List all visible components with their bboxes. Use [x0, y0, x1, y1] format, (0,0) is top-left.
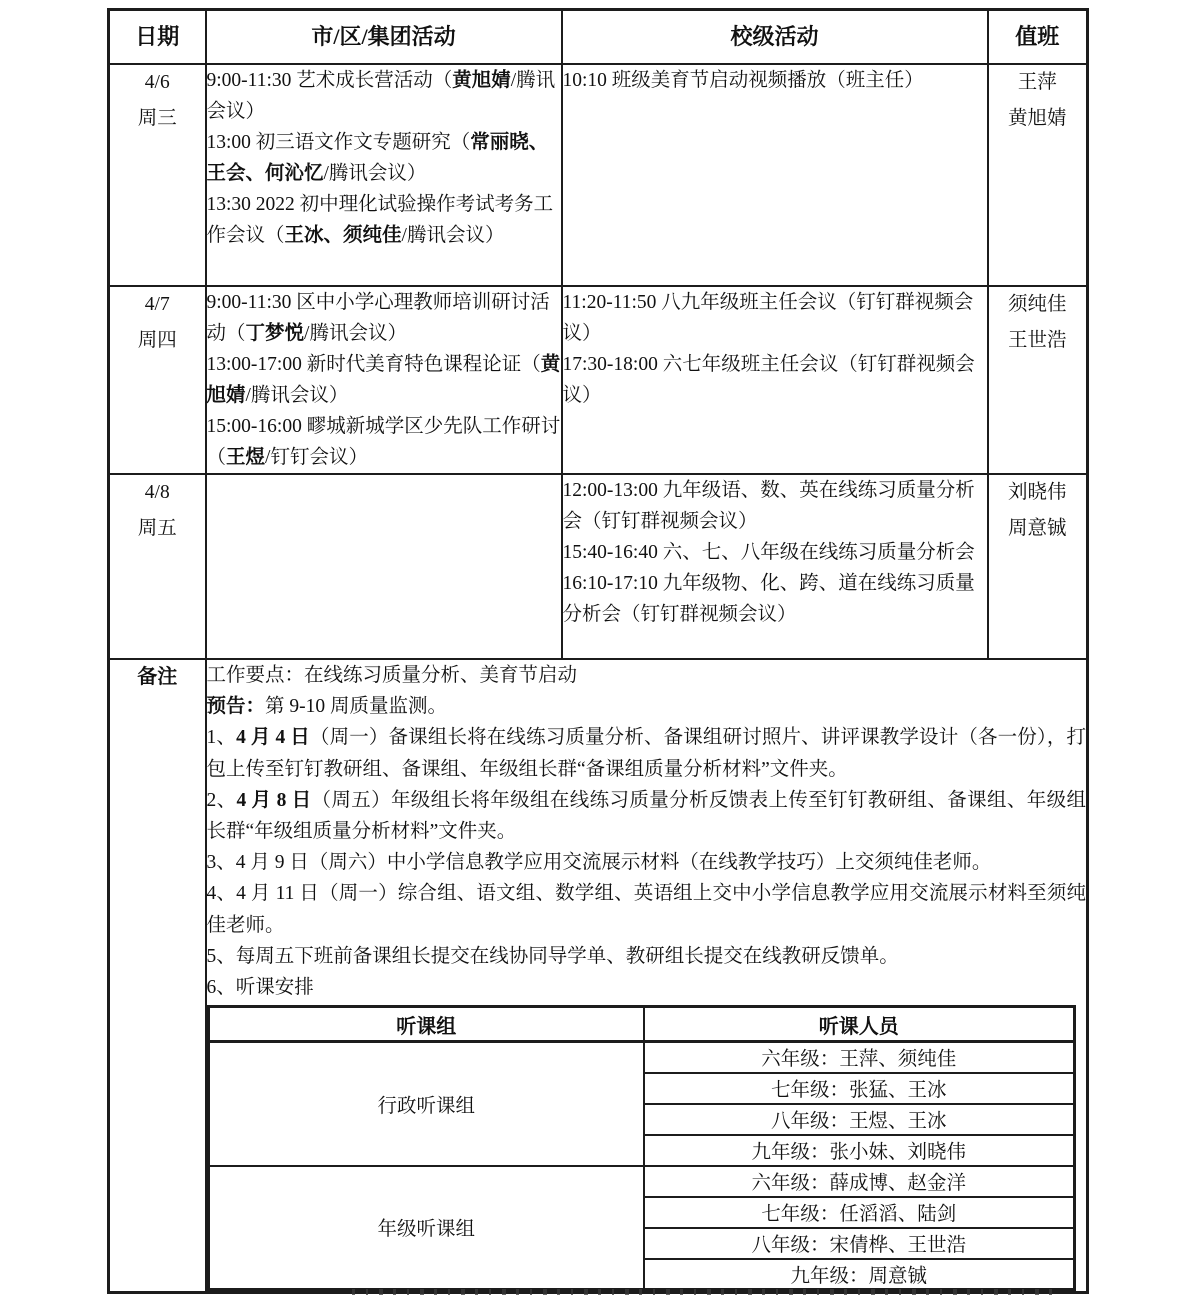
text: 6、听课安排: [207, 977, 314, 998]
text-line: 工作要点：在线练习质量分析、美育节启动: [207, 660, 1087, 691]
text: （周一）备课组长将在线练习质量分析、备课组研讨照片、讲评课教学设计（各一份），打…: [207, 727, 1086, 779]
bold-text: 预告：: [207, 696, 266, 717]
duty-person: 王世浩: [989, 323, 1087, 359]
text: /腾讯会议）: [402, 225, 505, 246]
date-cell: 4/8 周五: [109, 474, 206, 659]
text: /腾讯会议）: [324, 163, 427, 184]
header-city-activities: 市/区/集团活动: [206, 10, 562, 65]
observation-members: 七年级：张猛、王冰: [644, 1073, 1074, 1104]
text-line: 1、4 月 4 日（周一）备课组长将在线练习质量分析、备课组研讨照片、讲评课教学…: [207, 722, 1087, 784]
observation-members: 九年级：周意铖: [644, 1259, 1074, 1290]
text: 第 9-10 周质量监测。: [265, 696, 447, 717]
date-value: 4/8: [110, 475, 205, 511]
text-line: 2、4 月 8 日（周五）年级组长将年级组在线练习质量分析反馈表上传至钉钉教研组…: [207, 785, 1087, 847]
text-line: 13:30 2022 初中理化试验操作考试考务工作会议（王冰、须纯佳/腾讯会议）: [207, 189, 561, 251]
text: /腾讯会议）: [246, 385, 349, 406]
weekday-value: 周五: [110, 511, 205, 547]
duty-person: 须纯佳: [989, 287, 1087, 323]
notes-row: 备注 工作要点：在线练习质量分析、美育节启动预告：第 9-10 周质量监测。1、…: [109, 659, 1088, 1293]
text: 16:10-17:10 九年级物、化、跨、道在线练习质量分析会（钉钉群视频会议）: [563, 573, 975, 625]
duty-person: 王萍: [989, 65, 1087, 101]
table-row-apr8: 4/8 周五 12:00-13:00 九年级语、数、英在线练习质量分析会（钉钉群…: [109, 474, 1088, 659]
text-line: 9:00-11:30 区中小学心理教师培训研讨活动（丁梦悦/腾讯会议）: [207, 287, 561, 349]
table-header-row: 日期 市/区/集团活动 校级活动 值班: [109, 10, 1088, 65]
text: 3、4 月 9 日（周六）中小学信息教学应用交流展示材料（在线教学技巧）上交须纯…: [207, 852, 992, 873]
table-row-apr6: 4/6 周三 9:00-11:30 艺术成长营活动（黄旭婧/腾讯会议）13:00…: [109, 64, 1088, 286]
observation-members: 八年级：王煜、王冰: [644, 1104, 1074, 1135]
table-row-apr7: 4/7 周四 9:00-11:30 区中小学心理教师培训研讨活动（丁梦悦/腾讯会…: [109, 286, 1088, 474]
weekday-value: 周四: [110, 323, 205, 359]
date-value: 4/6: [110, 65, 205, 101]
text: 工作要点：在线练习质量分析、美育节启动: [207, 665, 578, 686]
text-line: 17:30-18:00 六七年级班主任会议（钉钉群视频会议）: [563, 349, 987, 411]
school-activities-cell: 12:00-13:00 九年级语、数、英在线练习质量分析会（钉钉群视频会议）15…: [562, 474, 988, 659]
bold-text: 王煜: [226, 447, 265, 468]
date-cell: 4/7 周四: [109, 286, 206, 474]
city-activities-cell: [206, 474, 562, 659]
text: 10:10 班级美育节启动视频播放（班主任）: [563, 70, 924, 91]
text: 15:40-16:40 六、七、八年级在线练习质量分析会: [563, 542, 975, 563]
text-line: 预告：第 9-10 周质量监测。: [207, 691, 1087, 722]
weekday-value: 周三: [110, 101, 205, 137]
text: 12:00-13:00 九年级语、数、英在线练习质量分析会（钉钉群视频会议）: [563, 480, 975, 532]
text-line: 11:20-11:50 八九年级班主任会议（钉钉群视频会议）: [563, 287, 987, 349]
text: 17:30-18:00 六七年级班主任会议（钉钉群视频会议）: [563, 354, 975, 406]
notes-paragraphs: 工作要点：在线练习质量分析、美育节启动预告：第 9-10 周质量监测。1、4 月…: [207, 660, 1087, 1003]
bold-text: 丁梦悦: [246, 323, 305, 344]
observation-row: 年级听课组 六年级：薛成博、赵金洋: [208, 1166, 1074, 1197]
duty-cell: 须纯佳 王世浩: [988, 286, 1088, 474]
observation-group-name: 行政听课组: [208, 1042, 644, 1166]
text: 5、每周五下班前备课组长提交在线协同导学单、教研组长提交在线教研反馈单。: [207, 946, 899, 967]
duty-person: 黄旭婧: [989, 101, 1087, 137]
duty-cell: 刘晓伟 周意铖: [988, 474, 1088, 659]
text: 9:00-11:30 艺术成长营活动（: [207, 70, 453, 91]
city-activities-cell: 9:00-11:30 艺术成长营活动（黄旭婧/腾讯会议）13:00 初三语文作文…: [206, 64, 562, 286]
text-line: 3、4 月 9 日（周六）中小学信息教学应用交流展示材料（在线教学技巧）上交须纯…: [207, 847, 1087, 878]
observation-row: 行政听课组 六年级：王萍、须纯佳: [208, 1042, 1074, 1073]
notes-cell: 工作要点：在线练习质量分析、美育节启动预告：第 9-10 周质量监测。1、4 月…: [206, 659, 1088, 1293]
schedule-sheet: 日期 市/区/集团活动 校级活动 值班 4/6 周三 9:00-11:30 艺术…: [0, 0, 1191, 1295]
observation-people-header: 听课人员: [644, 1007, 1074, 1042]
text-line: 15:40-16:40 六、七、八年级在线练习质量分析会: [563, 537, 987, 568]
observation-header-row: 听课组 听课人员: [208, 1007, 1074, 1042]
duty-person: 刘晓伟: [989, 475, 1087, 511]
duty-cell: 王萍 黄旭婧: [988, 64, 1088, 286]
text: 4、4 月 11 日（周一）综合组、语文组、数学组、英语组上交中小学信息教学应用…: [207, 883, 1087, 935]
text-line: 13:00 初三语文作文专题研究（常丽晓、王会、何沁忆/腾讯会议）: [207, 127, 561, 189]
observation-members: 六年级：薛成博、赵金洋: [644, 1166, 1074, 1197]
bold-text: 黄旭婧: [452, 70, 511, 91]
observation-table: 听课组 听课人员 行政听课组 六年级：王萍、须纯佳 七年级：张猛、王冰 八年级：…: [207, 1005, 1076, 1291]
observation-members: 九年级：张小妹、刘晓伟: [644, 1135, 1074, 1166]
header-school-activities: 校级活动: [562, 10, 988, 65]
header-date: 日期: [109, 10, 206, 65]
bold-text: 王冰、须纯佳: [285, 225, 402, 246]
observation-group-header: 听课组: [208, 1007, 644, 1042]
bold-text: 4 月 8 日: [237, 790, 312, 811]
text-line: 5、每周五下班前备课组长提交在线协同导学单、教研组长提交在线教研反馈单。: [207, 941, 1087, 972]
text-line: 9:00-11:30 艺术成长营活动（黄旭婧/腾讯会议）: [207, 65, 561, 127]
header-duty: 值班: [988, 10, 1088, 65]
observation-members: 七年级：任滔滔、陆剑: [644, 1197, 1074, 1228]
text-line: 10:10 班级美育节启动视频播放（班主任）: [563, 65, 987, 96]
text-line: 16:10-17:10 九年级物、化、跨、道在线练习质量分析会（钉钉群视频会议）: [563, 568, 987, 630]
city-activities-cell: 9:00-11:30 区中小学心理教师培训研讨活动（丁梦悦/腾讯会议）13:00…: [206, 286, 562, 474]
duty-person: 周意铖: [989, 511, 1087, 547]
text: 13:00-17:00 新时代美育特色课程论证（: [207, 354, 541, 375]
observation-members: 八年级：宋倩桦、王世浩: [644, 1228, 1074, 1259]
text: （周五）年级组长将年级组在线练习质量分析反馈表上传至钉钉教研组、备课组、年级组长…: [207, 790, 1086, 842]
text: 2、: [207, 790, 237, 811]
school-activities-cell: 11:20-11:50 八九年级班主任会议（钉钉群视频会议）17:30-18:0…: [562, 286, 988, 474]
text: /钉钉会议）: [265, 447, 368, 468]
date-value: 4/7: [110, 287, 205, 323]
text-line: 13:00-17:00 新时代美育特色课程论证（黄旭婧/腾讯会议）: [207, 349, 561, 411]
date-cell: 4/6 周三: [109, 64, 206, 286]
text: 11:20-11:50 八九年级班主任会议（钉钉群视频会议）: [563, 292, 974, 344]
text-line: 15:00-16:00 疁城新城学区少先队工作研讨（王煜/钉钉会议）: [207, 411, 561, 473]
school-activities-cell: 10:10 班级美育节启动视频播放（班主任）: [562, 64, 988, 286]
text: 13:00 初三语文作文专题研究（: [207, 132, 471, 153]
bold-text: 4 月 4 日: [236, 727, 310, 748]
observation-group-name: 年级听课组: [208, 1166, 644, 1290]
weekly-schedule-table: 日期 市/区/集团活动 校级活动 值班 4/6 周三 9:00-11:30 艺术…: [107, 8, 1089, 1294]
notes-label: 备注: [109, 659, 206, 1293]
text: /腾讯会议）: [304, 323, 407, 344]
clipped-bottom-text: [352, 1289, 1058, 1295]
observation-members: 六年级：王萍、须纯佳: [644, 1042, 1074, 1073]
text-line: 12:00-13:00 九年级语、数、英在线练习质量分析会（钉钉群视频会议）: [563, 475, 987, 537]
text: 1、: [207, 727, 237, 748]
text-line: 4、4 月 11 日（周一）综合组、语文组、数学组、英语组上交中小学信息教学应用…: [207, 878, 1087, 940]
text-line: 6、听课安排: [207, 972, 1087, 1003]
